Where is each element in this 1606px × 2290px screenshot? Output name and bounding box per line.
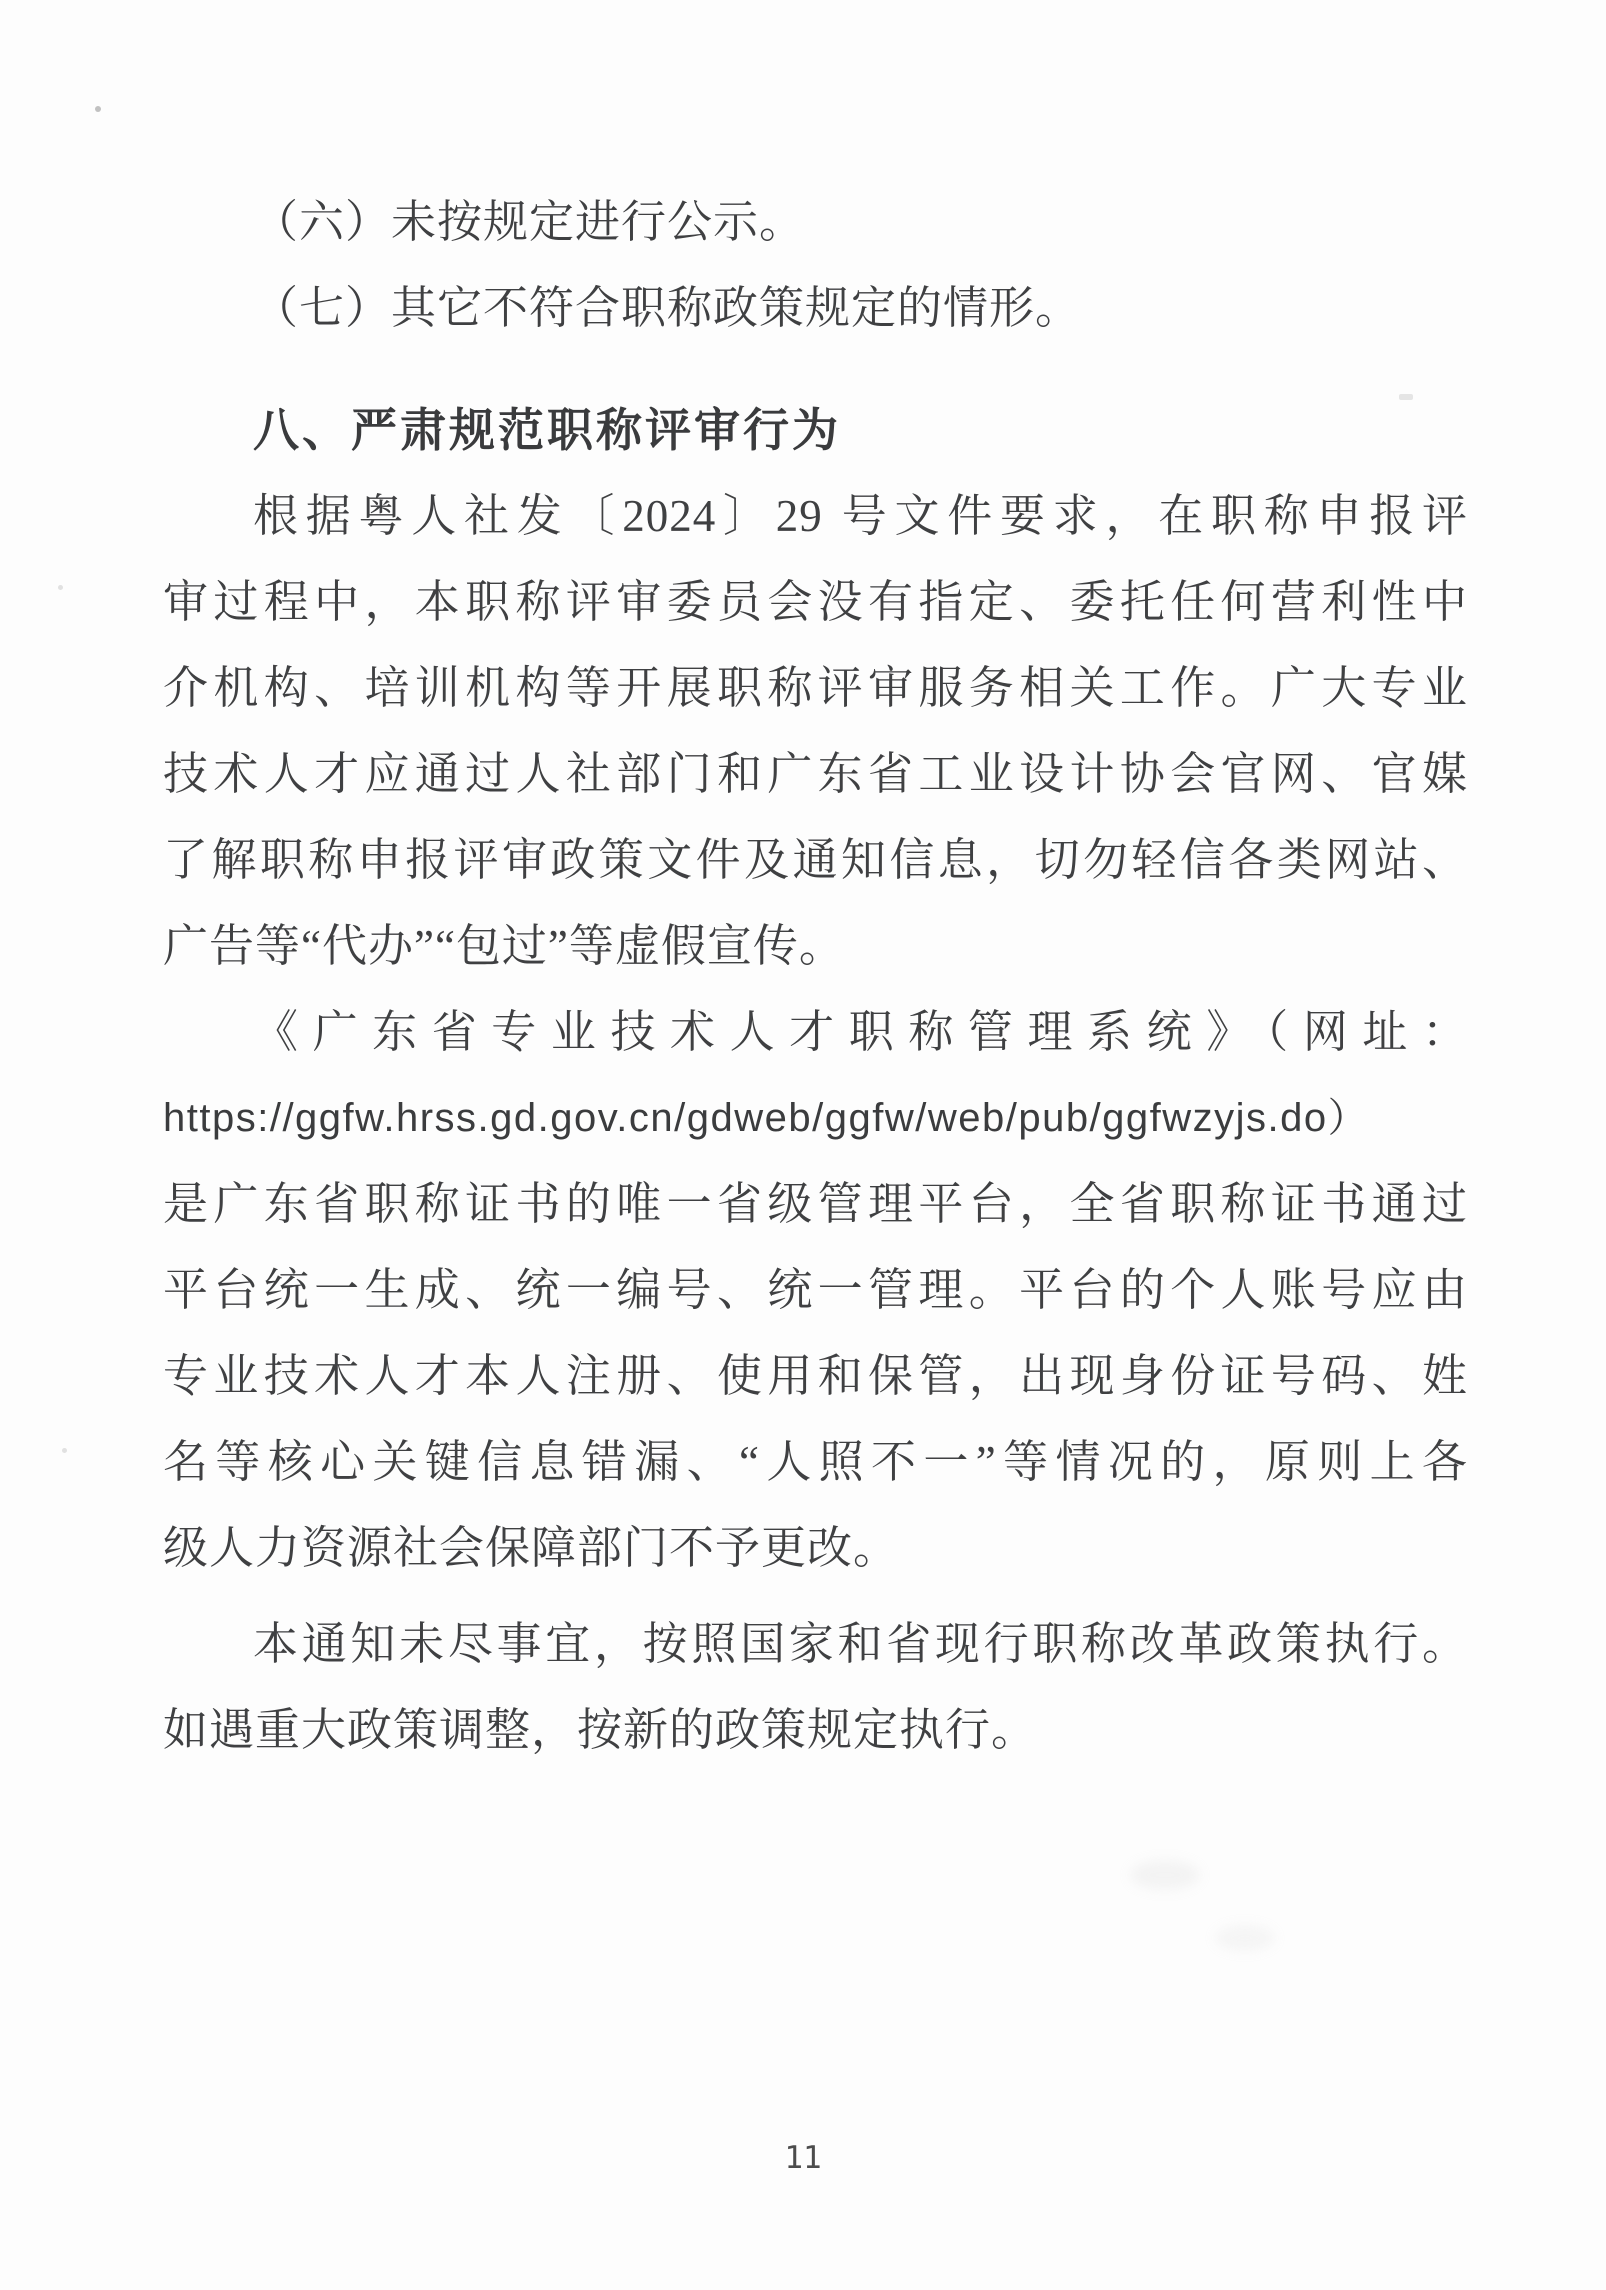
platform-url: https://ggfw.hrss.gd.gov.cn/gdweb/ggfw/w… <box>163 1075 1468 1161</box>
page-number: 11 <box>0 2140 1606 2176</box>
paragraph-2-line: 名等核心关键信息错漏、“人照不一”等情况的，原则上各 <box>163 1419 1468 1505</box>
paragraph-2-line: 专业技术人才本人注册、使用和保管，出现身份证号码、姓 <box>163 1333 1468 1419</box>
paragraph-1-line: 技术人才应通过人社部门和广东省工业设计协会官网、官媒 <box>163 731 1468 817</box>
scan-speckle <box>95 106 101 112</box>
text-column: （六）未按规定进行公示。 （七）其它不符合职称政策规定的情形。 八、严肃规范职称… <box>163 179 1468 1773</box>
paragraph-1-line: 根据粤人社发〔2024〕29 号文件要求，在职称申报评 <box>163 473 1468 559</box>
paragraph-1-line: 广告等“代办”“包过”等虚假宣传。 <box>163 903 1468 989</box>
document-page: （六）未按规定进行公示。 （七）其它不符合职称政策规定的情形。 八、严肃规范职称… <box>0 0 1606 2290</box>
scan-speckle <box>58 585 63 590</box>
clause-six: （六）未按规定进行公示。 <box>163 179 1468 265</box>
paragraph-2-line: 平台统一生成、统一编号、统一管理。平台的个人账号应由 <box>163 1247 1468 1333</box>
section-heading: 八、严肃规范职称评审行为 <box>163 387 1468 473</box>
paragraph-3-line: 如遇重大政策调整，按新的政策规定执行。 <box>163 1687 1468 1773</box>
clause-seven: （七）其它不符合职称政策规定的情形。 <box>163 265 1468 351</box>
scan-smudge <box>1130 1860 1200 1890</box>
scan-smudge <box>1215 1925 1275 1951</box>
paragraph-1-line: 介机构、培训机构等开展职称评审服务相关工作。广大专业 <box>163 645 1468 731</box>
scan-speckle <box>62 1448 67 1453</box>
paragraph-2-line: 《广东省专业技术人才职称管理系统》（网址： <box>163 989 1468 1075</box>
paragraph-1-line: 审过程中，本职称评审委员会没有指定、委托任何营利性中 <box>163 559 1468 645</box>
scan-speckle <box>1399 394 1413 400</box>
paragraph-3-line: 本通知未尽事宜，按照国家和省现行职称改革政策执行。 <box>163 1601 1468 1687</box>
paragraph-2-line: 是广东省职称证书的唯一省级管理平台，全省职称证书通过 <box>163 1161 1468 1247</box>
paragraph-2-line: 级人力资源社会保障部门不予更改。 <box>163 1505 1468 1591</box>
paragraph-1-line: 了解职称申报评审政策文件及通知信息，切勿轻信各类网站、 <box>163 817 1468 903</box>
